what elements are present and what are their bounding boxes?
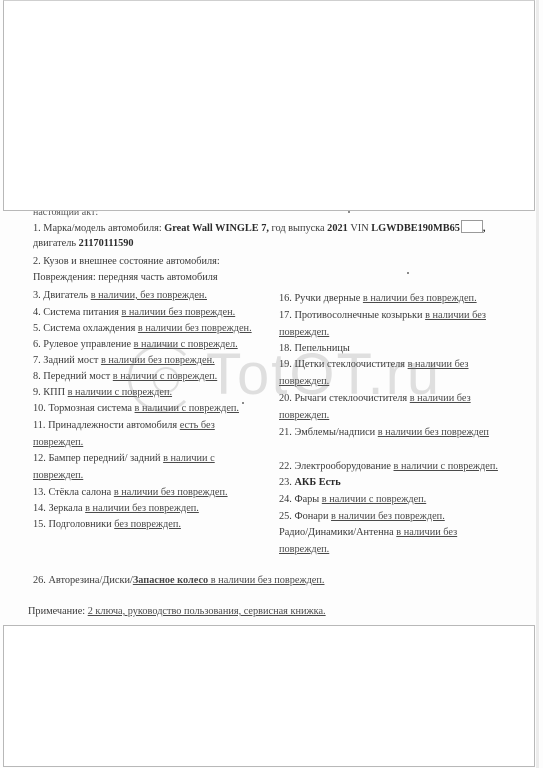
engine-number: 21170111590 <box>79 238 134 249</box>
item-value: в наличии с повреждеп. <box>322 494 426 505</box>
item-label: 3. Двигатель <box>33 290 91 301</box>
item-label: 24. Фары <box>279 494 322 505</box>
item-26-value: в наличии без повреждеп. <box>208 575 324 586</box>
item-value: в наличии без поврежден. <box>121 307 235 318</box>
item-label: 15. Подголовники <box>33 519 114 530</box>
item-label: 13. Стёкла салона <box>33 487 114 498</box>
checklist-item: 20. Рычаги стеклоочистителя в наличии бе… <box>279 391 471 407</box>
item-value: в наличии без <box>425 310 486 321</box>
checklist-item: 13. Стёкла салона в наличии без поврежде… <box>33 485 228 501</box>
item-label: 20. Рычаги стеклоочистителя <box>279 393 410 404</box>
item-26-line: 26. Авторезина/Диски/Запасное колесо в н… <box>33 573 324 589</box>
item-label: Радио/Динамики/Антенна <box>279 527 396 538</box>
item-bold-value: АКБ Есть <box>294 477 340 488</box>
item-value: в наличии с <box>163 453 215 464</box>
checklist-item: 25. Фонари в наличии без повреждеп. <box>279 509 445 525</box>
engine-line: двигатель 21170111590 <box>33 236 134 252</box>
redaction-box-top <box>3 0 535 211</box>
item-value: в наличии без повреждеп. <box>331 511 445 522</box>
checklist-item: 17. Противосолнечные козырьки в наличии … <box>279 308 486 324</box>
item-value: в наличии с повреждеп. <box>135 403 239 414</box>
scan-speck <box>407 272 409 274</box>
item-label: 6. Рулевое управление <box>33 339 134 350</box>
item-value: в наличии без <box>396 527 457 538</box>
item-value: в наличии, без поврежден. <box>91 290 207 301</box>
car-model: Great Wall WINGLE 7, <box>164 223 269 234</box>
item-value-continued: повреждеп. <box>33 468 83 484</box>
item-label: 21. Эмблемы/надписи <box>279 427 378 438</box>
checklist-item: 22. Электрооборудование в наличии с повр… <box>279 459 498 475</box>
checklist-item: Радио/Динамики/Антенна в наличии без <box>279 525 457 541</box>
item-value: в наличии с повреждеп. <box>113 371 217 382</box>
item-26-label: 26. Авторезина/Диски/ <box>33 575 133 586</box>
item-2-damage: Повреждения: передняя часть автомобиля <box>33 270 218 286</box>
item-label: 12. Бампер передний/ задний <box>33 453 163 464</box>
item-label: 11. Принадлежности автомобиля <box>33 420 180 431</box>
item-label: 5. Система охлаждения <box>33 323 138 334</box>
item-2-label: 2. Кузов и внешнее состояние автомобиля: <box>33 254 220 270</box>
item-value: в наличии без повреждеп. <box>85 503 199 514</box>
item-label: 19. Щетки стеклоочистителя <box>279 359 408 370</box>
item-value-2: повреждеп. <box>279 376 329 387</box>
year-label: год выпуска <box>269 223 327 234</box>
redaction-box-bottom <box>3 625 535 767</box>
item-label: 25. Фонари <box>279 511 331 522</box>
checklist-item: 6. Рулевое управление в наличии с повреж… <box>33 337 238 353</box>
item-value: в наличии без поврежден. <box>138 323 252 334</box>
item-label: 16. Ручки дверные <box>279 293 363 304</box>
item-value: в наличии с повреждеп. <box>68 387 172 398</box>
item-label: 17. Противосолнечные козырьки <box>279 310 425 321</box>
checklist-item: 16. Ручки дверные в наличии без поврежде… <box>279 291 477 307</box>
checklist-item: 10. Тормозная система в наличии с повреж… <box>33 401 239 417</box>
checklist-item: 14. Зеркала в наличии без повреждеп. <box>33 501 199 517</box>
item-value: без повреждеп. <box>114 519 181 530</box>
checklist-item: 12. Бампер передний/ задний в наличии с <box>33 451 215 467</box>
checklist-item: 5. Система охлаждения в наличии без повр… <box>33 321 252 337</box>
item-value: в наличии с повреждел. <box>134 339 238 350</box>
item-value: в наличии с повреждеп. <box>394 461 498 472</box>
checklist-item: 9. КПП в наличии с повреждеп. <box>33 385 172 401</box>
item-value: в наличии без повреждеп. <box>363 293 477 304</box>
item-value-continued: повреждеп. <box>33 435 83 451</box>
scan-speck <box>242 402 244 404</box>
item-value-continued: повреждеп. <box>279 374 329 390</box>
note-label: Примечание: <box>28 606 88 617</box>
spare-wheel: Запасное колесо <box>133 575 208 586</box>
car-year: 2021 <box>327 223 348 234</box>
item-value: в наличии без повреждеп <box>378 427 489 438</box>
vin-redaction-box <box>461 220 483 233</box>
vin-value: LGWDBE190MB65 <box>371 223 460 234</box>
checklist-item: 18. Пепельницы <box>279 341 350 357</box>
checklist-item: 23. АКБ Есть <box>279 475 341 491</box>
note-line: Примечание: 2 ключа, руководство пользов… <box>28 604 326 620</box>
item-value: в наличии без поврежден. <box>101 355 215 366</box>
vin-suffix: , <box>483 223 486 234</box>
checklist-item: 7. Задний мост в наличии без поврежден. <box>33 353 215 369</box>
checklist-item: 19. Щетки стеклоочистителя в наличии без <box>279 357 469 373</box>
engine-label: двигатель <box>33 238 79 249</box>
checklist-item: 24. Фары в наличии с повреждеп. <box>279 492 426 508</box>
item-label: 7. Задний мост <box>33 355 101 366</box>
item-label: 4. Система питания <box>33 307 121 318</box>
checklist-item: 21. Эмблемы/надписи в наличии без повреж… <box>279 425 489 441</box>
checklist-item: 11. Принадлежности автомобиля есть без <box>33 418 215 434</box>
checklist-item: 15. Подголовники без повреждеп. <box>33 517 181 533</box>
item-value-continued: повреждеп. <box>279 408 329 424</box>
item-1-line: 1. Марка/модель автомобиля: Great Wall W… <box>33 220 485 237</box>
item-value: в наличии без <box>408 359 469 370</box>
item-1-label: 1. Марка/модель автомобиля: <box>33 223 164 234</box>
item-value: в наличии без <box>410 393 471 404</box>
item-value-2: повреждеп. <box>33 437 83 448</box>
note-value: 2 ключа, руководство пользования, сервис… <box>88 606 326 617</box>
scan-speck <box>348 211 350 213</box>
checklist-item: 8. Передний мост в наличии с повреждеп. <box>33 369 217 385</box>
item-label: 10. Тормозная система <box>33 403 135 414</box>
item-value-continued: повреждеп. <box>279 325 329 341</box>
item-value: в наличии без повреждеп. <box>114 487 228 498</box>
item-label: 23. <box>279 477 294 488</box>
checklist-item: 4. Система питания в наличии без поврежд… <box>33 305 235 321</box>
item-label: 18. Пепельницы <box>279 343 350 354</box>
item-value: есть без <box>180 420 215 431</box>
item-label: 8. Передний мост <box>33 371 113 382</box>
item-label: 14. Зеркала <box>33 503 85 514</box>
item-value-2: повреждеп. <box>279 327 329 338</box>
item-label: 22. Электрооборудование <box>279 461 394 472</box>
item-value-2: повреждеп. <box>33 470 83 481</box>
vin-label: VIN <box>348 223 371 234</box>
item-value-2: повреждеп. <box>279 410 329 421</box>
checklist-item: 3. Двигатель в наличии, без поврежден. <box>33 288 207 304</box>
item-value-continued: повреждеп. <box>279 542 329 558</box>
item-label: 9. КПП <box>33 387 68 398</box>
item-value-2: повреждеп. <box>279 544 329 555</box>
